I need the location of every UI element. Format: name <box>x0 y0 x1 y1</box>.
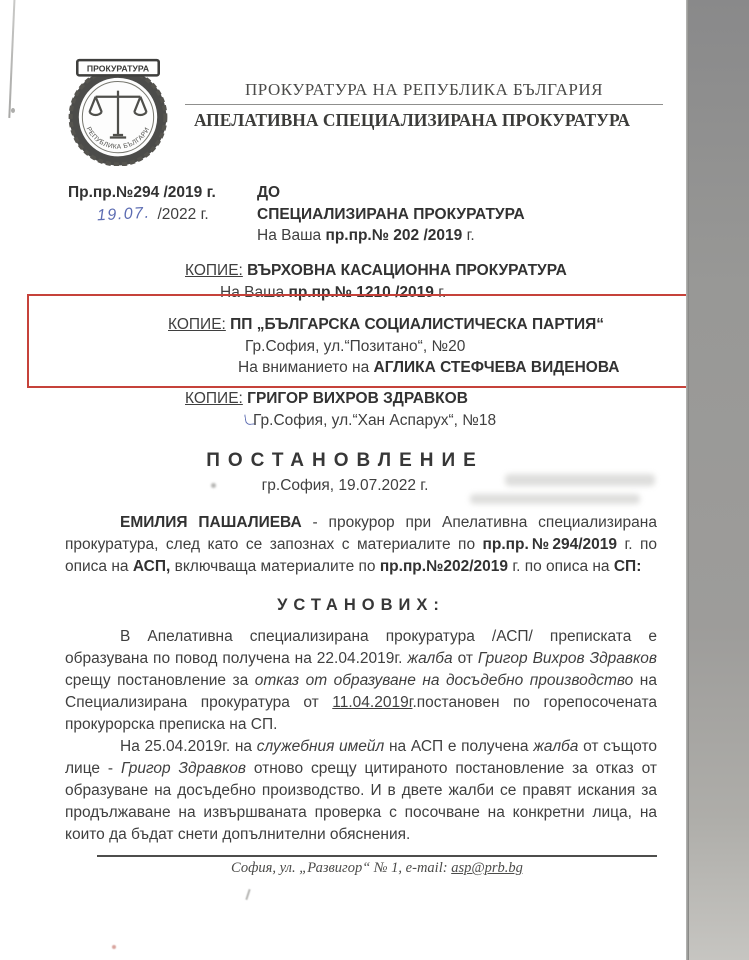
copy-label: КОПИЕ: <box>168 316 226 333</box>
seal-banner-text: ПРОКУРАТУРА <box>87 63 150 73</box>
scanner-edge-band <box>689 0 749 960</box>
showthrough-smudge <box>470 494 640 504</box>
addressee-to-block: ДО СПЕЦИАЛИЗИРАНА ПРОКУРАТУРА На Ваша пр… <box>257 182 525 247</box>
stray-mark-artifact <box>245 889 250 900</box>
to-reference-line: На Ваша пр.пр.№ 202 /2019 г. <box>257 225 525 247</box>
copy-label: КОПИЕ: <box>185 262 243 279</box>
handwritten-check-mark <box>244 413 254 425</box>
bsp-address: Гр.София, ул.“Позитано“, №20 <box>245 336 619 358</box>
scratch-dot-artifact <box>11 108 15 113</box>
case-reference-block: Пр.пр.№294 /2019 г. 19.07./2022 г. <box>68 182 216 225</box>
bsp-attention-line: На вниманието на АГЛИКА СТЕФЧЕВА ВИДЕНОВ… <box>238 357 619 379</box>
bsp-name: ПП „БЪЛГАРСКА СОЦИАЛИСТИЧЕСКА ПАРТИЯ“ <box>230 316 604 333</box>
prosecutor-name: ЕМИЛИЯ ПАШАЛИЕВА <box>120 514 302 531</box>
vkp-line: КОПИЕ: ВЪРХОВНА КАСАЦИОННА ПРОКУРАТУРА <box>185 260 567 282</box>
footer-address-line: София, ул. „Развигор“ № 1, e-mail: asp@p… <box>97 855 657 877</box>
vkp-reference-line: На Ваша пр.пр.№ 1210 /2019 г. <box>220 282 567 304</box>
to-label: ДО <box>257 182 525 204</box>
bsp-line: КОПИЕ: ПП „БЪЛГАРСКА СОЦИАЛИСТИЧЕСКА ПАР… <box>168 314 619 336</box>
scratch-artifact <box>8 0 15 118</box>
speck-artifact <box>112 945 116 949</box>
copy-vkp-block: КОПИЕ: ВЪРХОВНА КАСАЦИОННА ПРОКУРАТУРА Н… <box>185 260 567 303</box>
body-paragraph-2: На 25.04.2019г. на служебния имейл на АС… <box>65 736 657 846</box>
body-text: В Апелативна специализирана прокуратура … <box>65 626 657 846</box>
place-date-line: гр.София, 19.07.2022 г. <box>0 477 690 495</box>
established-heading: УСТАНОВИХ: <box>65 596 657 615</box>
grigor-name: ГРИГОР ВИХРОВ ЗДРАВКОВ <box>247 390 468 407</box>
footer-address: София, ул. „Развигор“ № 1, e-mail: <box>231 860 451 876</box>
document-title: ПОСТАНОВЛЕНИЕ <box>0 450 690 472</box>
vkp-name: ВЪРХОВНА КАСАЦИОННА ПРОКУРАТУРА <box>247 262 567 279</box>
copy-bsp-block: КОПИЕ: ПП „БЪЛГАРСКА СОЦИАЛИСТИЧЕСКА ПАР… <box>168 314 619 379</box>
case-reference-number: Пр.пр.№294 /2019 г. <box>68 182 216 204</box>
header-divider <box>185 104 663 105</box>
copy-grigor-block: КОПИЕ: ГРИГОР ВИХРОВ ЗДРАВКОВ Гр.София, … <box>185 388 496 431</box>
institution-title: ПРОКУРАТУРА НА РЕПУБЛИКА БЪЛГАРИЯ <box>185 80 663 100</box>
bsp-attention-name: АГЛИКА СТЕФЧЕВА ВИДЕНОВА <box>374 359 620 376</box>
intro-paragraph: ЕМИЛИЯ ПАШАЛИЕВА - прокурор при Апелатив… <box>65 512 657 578</box>
office-title: АПЕЛАТИВНА СПЕЦИАЛИЗИРАНА ПРОКУРАТУРА <box>158 110 666 131</box>
footer-email: asp@prb.bg <box>451 860 523 876</box>
handwritten-date: 19.07. <box>96 202 151 226</box>
reference-year: /2022 г. <box>157 206 208 223</box>
to-name: СПЕЦИАЛИЗИРАНА ПРОКУРАТУРА <box>257 204 525 226</box>
copy-label: КОПИЕ: <box>185 390 243 407</box>
body-paragraph-1: В Апелативна специализирана прокуратура … <box>65 626 657 736</box>
grigor-line: КОПИЕ: ГРИГОР ВИХРОВ ЗДРАВКОВ <box>185 388 496 410</box>
seal-banner: ПРОКУРАТУРА <box>77 60 158 75</box>
scanned-document: РЕПУБЛИКА БЪЛГАРИЯ ПРОКУРАТУРА ПРОКУРАТУ… <box>0 0 749 960</box>
grigor-address: Гр.София, ул.“Хан Аспарух“, №18 <box>253 410 496 432</box>
